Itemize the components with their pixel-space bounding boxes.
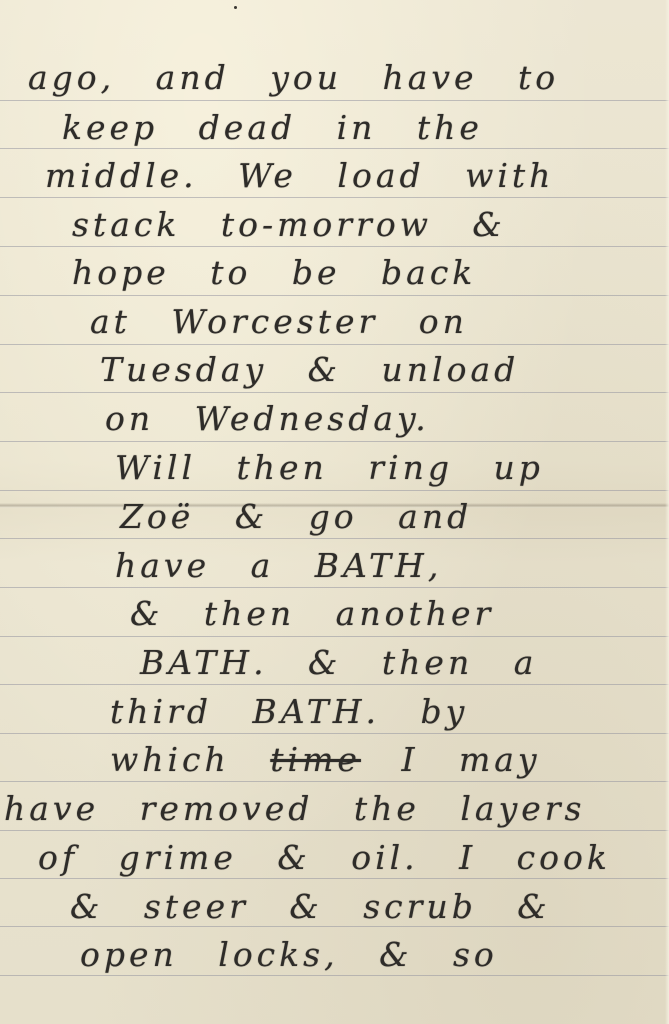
handwritten-line: have a BATH, xyxy=(115,546,442,585)
handwritten-line: middle. We load with xyxy=(45,156,554,195)
handwritten-line: hope to be back xyxy=(72,253,476,292)
ruled-line xyxy=(0,538,669,539)
handwritten-line: of grime & oil. I cook xyxy=(38,838,611,877)
handwritten-line: Zoë & go and xyxy=(120,497,472,536)
handwritten-line: keep dead in the xyxy=(62,108,483,147)
ruled-line xyxy=(0,878,669,879)
ruled-line xyxy=(0,490,669,491)
ruled-line xyxy=(0,587,669,588)
handwritten-line: open locks, & so xyxy=(80,935,498,974)
ruled-line xyxy=(0,100,669,101)
handwritten-line: Will then ring up xyxy=(115,448,544,487)
ruled-line xyxy=(0,295,669,296)
struck-through-word: time xyxy=(270,740,361,779)
handwritten-line-with-strikethrough: which time I may xyxy=(110,740,541,779)
handwritten-line: have removed the layers xyxy=(4,789,586,828)
ruled-line xyxy=(0,781,669,782)
paper-edge xyxy=(665,0,669,1024)
ruled-line xyxy=(0,441,669,442)
ruled-line xyxy=(0,636,669,637)
line-text-before: which xyxy=(110,740,230,779)
handwritten-line: Tuesday & unload xyxy=(100,350,519,389)
handwritten-line: at Worcester on xyxy=(90,302,468,341)
handwritten-line: & steer & scrub & xyxy=(70,887,551,926)
handwritten-line: & then another xyxy=(130,594,494,633)
handwritten-line: ago, and you have to xyxy=(28,58,559,97)
ruled-line xyxy=(0,392,669,393)
handwritten-line: stack to-morrow & xyxy=(72,205,506,244)
ruled-line xyxy=(0,830,669,831)
handwritten-line: on Wednesday. xyxy=(105,399,430,438)
ruled-line xyxy=(0,344,669,345)
ruled-line xyxy=(0,197,669,198)
ruled-line xyxy=(0,733,669,734)
letter-page: ago, and you have to keep dead in the mi… xyxy=(0,0,669,1024)
ruled-line xyxy=(0,148,669,149)
ruled-line xyxy=(0,684,669,685)
ink-speck xyxy=(234,6,237,9)
line-text-after: I may xyxy=(401,740,540,779)
handwritten-line: BATH. & then a xyxy=(140,643,537,682)
ruled-line xyxy=(0,246,669,247)
ruled-line xyxy=(0,926,669,927)
ruled-line xyxy=(0,975,669,976)
handwritten-line: third BATH. by xyxy=(110,692,468,731)
